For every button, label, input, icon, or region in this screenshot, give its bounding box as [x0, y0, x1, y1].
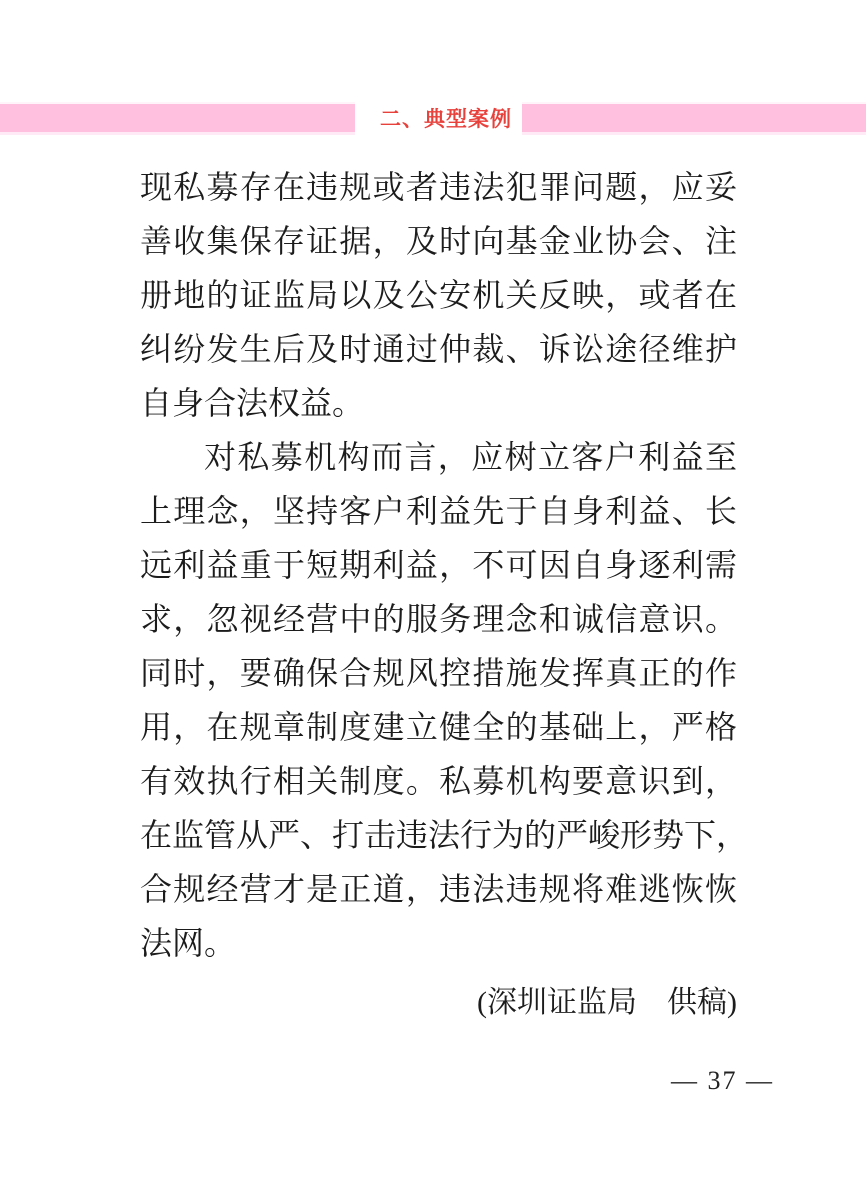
text-line: 自身合法权益。 — [140, 376, 737, 430]
text-line: 有效执行相关制度。私募机构要意识到， — [140, 754, 737, 808]
text-line: 现私募存在违规或者违法犯罪问题，应妥 — [140, 160, 737, 214]
header-bar-left — [0, 104, 355, 132]
text-line: 求，忽视经营中的服务理念和诚信意识。 — [140, 592, 737, 646]
text-line: 册地的证监局以及公安机关反映，或者在 — [140, 268, 737, 322]
paragraph-1: 现私募存在违规或者违法犯罪问题，应妥 善收集保存证据，及时向基金业协会、注 册地… — [140, 160, 737, 430]
attribution-line: (深圳证监局 供稿) — [140, 976, 737, 1030]
book-page: 二、典型案例 现私募存在违规或者违法犯罪问题，应妥 善收集保存证据，及时向基金业… — [0, 0, 866, 1189]
text-line: 在监管从严、打击违法行为的严峻形势下， — [140, 808, 737, 862]
text-line: 用，在规章制度建立健全的基础上，严格 — [140, 700, 737, 754]
text-line: 合规经营才是正道，违法违规将难逃恢恢 — [140, 862, 737, 916]
text-line: 对私募机构而言，应树立客户利益至 — [140, 430, 737, 484]
body-text-column: 现私募存在违规或者违法犯罪问题，应妥 善收集保存证据，及时向基金业协会、注 册地… — [140, 160, 737, 1030]
text-line: 同时，要确保合规风控措施发挥真正的作 — [140, 646, 737, 700]
text-line: 上理念，坚持客户利益先于自身利益、长 — [140, 484, 737, 538]
section-header: 二、典型案例 — [0, 104, 866, 132]
text-line: 善收集保存证据，及时向基金业协会、注 — [140, 214, 737, 268]
page-number: — 37 — — [671, 1066, 774, 1096]
paragraph-2: 对私募机构而言，应树立客户利益至 上理念，坚持客户利益先于自身利益、长 远利益重… — [140, 430, 737, 970]
text-line: 纠纷发生后及时通过仲裁、诉讼途径维护 — [140, 322, 737, 376]
text-line: 远利益重于短期利益，不可因自身逐利需 — [140, 538, 737, 592]
section-title: 二、典型案例 — [380, 103, 512, 133]
header-bar-right — [522, 104, 866, 132]
text-line: 法网。 — [140, 916, 737, 970]
